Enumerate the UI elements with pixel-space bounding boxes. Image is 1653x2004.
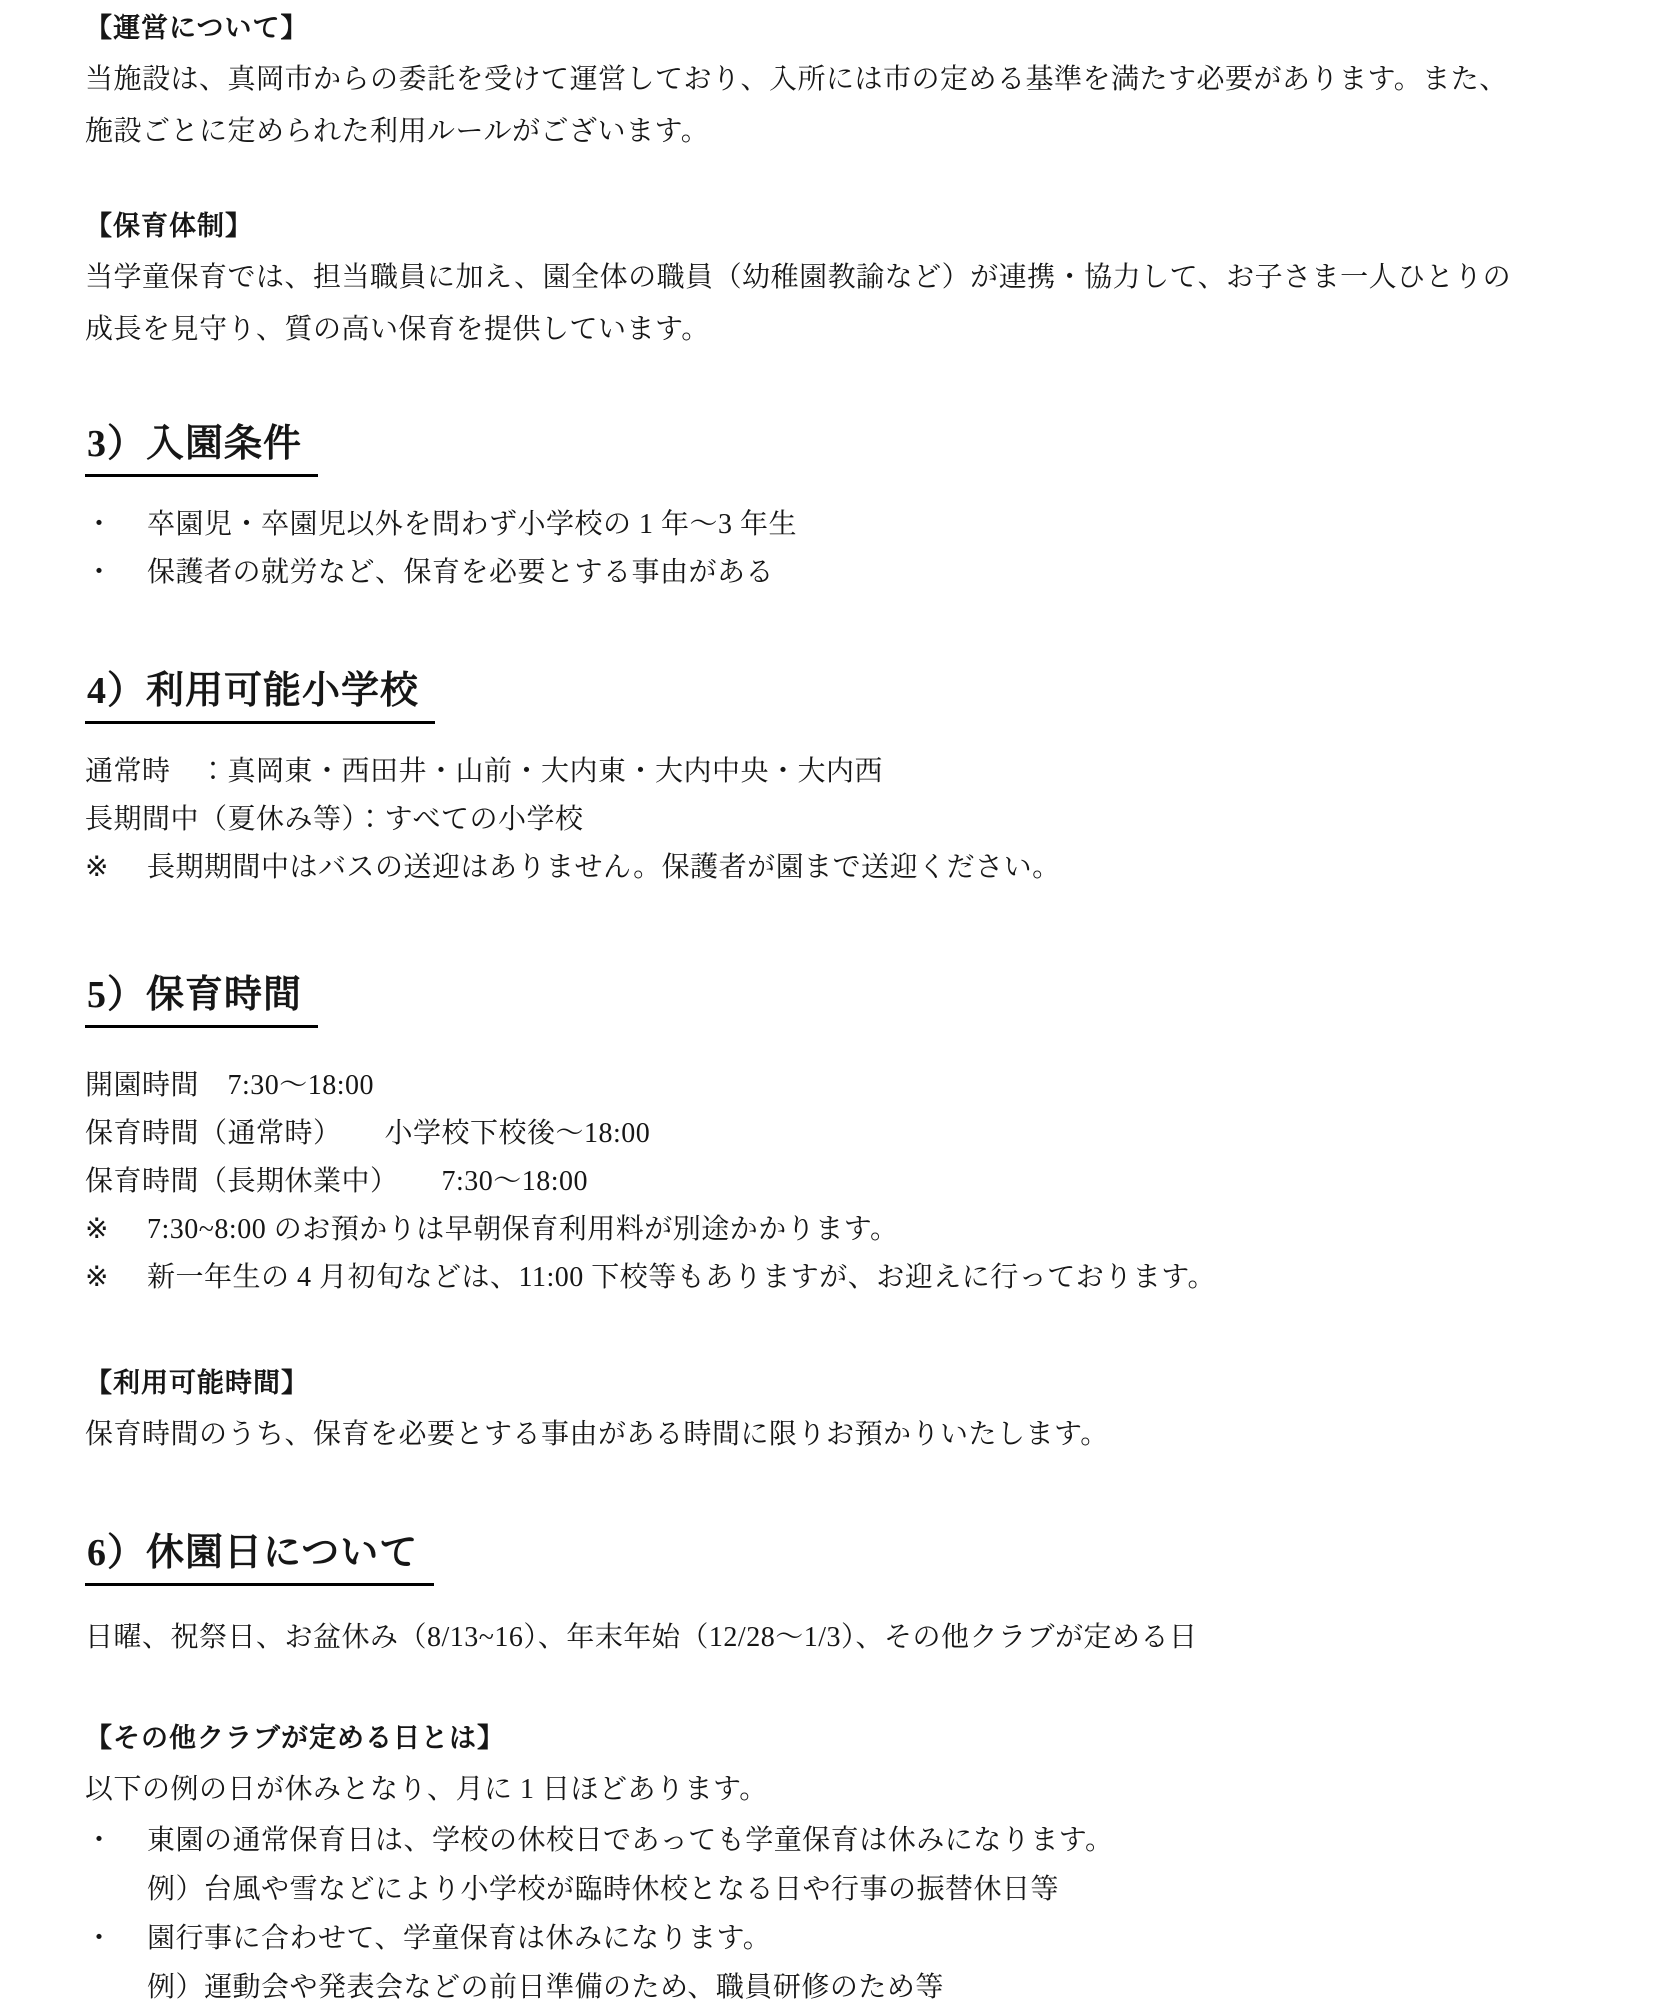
closed-day-example: 例）台風や雪などにより小学校が臨時休校となる日や行事の振替休日等 [85, 1865, 1553, 1914]
care-hours-lines: 開園時間 7:30～18:00 保育時間（通常時） 小学校下校後～18:00 保… [85, 1062, 1553, 1302]
care-system-paragraph: 当学童保育では、担当職員に加え、園全体の職員（幼稚園教諭など）が連携・協力して、… [85, 252, 1553, 356]
closed-days-paragraph: 日曜、祝祭日、お盆休み（8/13~16）、年末年始（12/28～1/3）、その他… [85, 1612, 1553, 1664]
available-time-label: 【利用可能時間】 [85, 1357, 1553, 1409]
hours-normal-text: 保育時間（通常時） 小学校下校後～18:00 [85, 1110, 1553, 1158]
closed-day-item: ・ 東園の通常保育日は、学校の休校日であっても学童保育は休みになります。 [85, 1816, 1553, 1865]
closed-day-item: ・ 園行事に合わせて、学童保育は休みになります。 [85, 1914, 1553, 1963]
bullet-marker: ・ [85, 549, 147, 597]
list-item: ・ 卒園児・卒園児以外を問わず小学校の 1 年～3 年生 [85, 501, 1553, 549]
ops-section-label: 【運営について】 [85, 2, 1553, 54]
closed-day-examples-list: ・ 東園の通常保育日は、学校の休校日であっても学童保育は休みになります。 例）台… [85, 1816, 1553, 2004]
list-item-text: 卒園児・卒園児以外を問わず小学校の 1 年～3 年生 [147, 501, 1553, 549]
ops-paragraph: 当施設は、真岡市からの委託を受けて運営しており、入所には市の定める基準を満たす必… [85, 54, 1553, 158]
note-marker: ※ [85, 844, 147, 892]
bus-note-text: 長期期間中はバスの送迎はありません。保護者が園まで送迎ください。 [147, 844, 1553, 892]
open-hours-line: 開園時間 7:30～18:00 [85, 1062, 1553, 1110]
list-item: ・ 保護者の就労など、保育を必要とする事由がある [85, 549, 1553, 597]
early-fee-note-line: ※ 7:30~8:00 のお預かりは早朝保育利用料が別途かかります。 [85, 1206, 1553, 1254]
section-3-title: 3）入園条件 [85, 416, 1553, 477]
note-marker: ※ [85, 1254, 147, 1302]
schools-longbreak-text: 長期間中（夏休み等）：すべての小学校 [85, 796, 1553, 844]
section-5-title-text: 5）保育時間 [85, 967, 318, 1028]
section-5-title: 5）保育時間 [85, 967, 1553, 1028]
closed-day-example-text: 例）運動会や発表会などの前日準備のため、職員研修のため等 [147, 1963, 1553, 2004]
schools-normal-line: 通常時 ：真岡東・西田井・山前・大内東・大内中央・大内西 [85, 748, 1553, 796]
early-fee-note-text: 7:30~8:00 のお預かりは早朝保育利用料が別途かかります。 [147, 1206, 1553, 1254]
bus-note-line: ※ 長期期間中はバスの送迎はありません。保護者が園まで送迎ください。 [85, 844, 1553, 892]
document-page: 【運営について】 当施設は、真岡市からの委託を受けて運営しており、入所には市の定… [0, 0, 1653, 2004]
first-grader-note-line: ※ 新一年生の 4 月初旬などは、11:00 下校等もありますが、お迎えに行って… [85, 1254, 1553, 1302]
closed-day-example: 例）運動会や発表会などの前日準備のため、職員研修のため等 [85, 1963, 1553, 2004]
schools-longbreak-line: 長期間中（夏休み等）：すべての小学校 [85, 796, 1553, 844]
available-schools-lines: 通常時 ：真岡東・西田井・山前・大内東・大内中央・大内西 長期間中（夏休み等）：… [85, 748, 1553, 892]
available-time-paragraph: 保育時間のうち、保育を必要とする事由がある時間に限りお預かりいたします。 [85, 1409, 1553, 1461]
section-6-title: 6）休園日について [85, 1525, 1553, 1586]
schools-normal-text: 通常時 ：真岡東・西田井・山前・大内東・大内中央・大内西 [85, 748, 1553, 796]
hours-normal-line: 保育時間（通常時） 小学校下校後～18:00 [85, 1110, 1553, 1158]
open-hours-text: 開園時間 7:30～18:00 [85, 1062, 1553, 1110]
section-4-title-text: 4）利用可能小学校 [85, 663, 435, 724]
hours-longbreak-line: 保育時間（長期休業中） 7:30～18:00 [85, 1158, 1553, 1206]
section-3-title-text: 3）入園条件 [85, 416, 318, 477]
bullet-marker: ・ [85, 501, 147, 549]
closed-day-item-text: 園行事に合わせて、学童保育は休みになります。 [147, 1914, 1553, 1963]
care-system-label: 【保育体制】 [85, 200, 1553, 252]
section-4-title: 4）利用可能小学校 [85, 663, 1553, 724]
list-item-text: 保護者の就労など、保育を必要とする事由がある [147, 549, 1553, 597]
section-6-title-text: 6）休園日について [85, 1525, 434, 1586]
bullet-marker: ・ [85, 1914, 147, 1963]
other-club-days-intro: 以下の例の日が休みとなり、月に 1 日ほどあります。 [85, 1764, 1553, 1816]
closed-day-item-text: 東園の通常保育日は、学校の休校日であっても学童保育は休みになります。 [147, 1816, 1553, 1865]
note-marker: ※ [85, 1206, 147, 1254]
other-club-days-label: 【その他クラブが定める日とは】 [85, 1712, 1553, 1764]
admission-conditions-list: ・ 卒園児・卒園児以外を問わず小学校の 1 年～3 年生 ・ 保護者の就労など、… [85, 501, 1553, 597]
hours-longbreak-text: 保育時間（長期休業中） 7:30～18:00 [85, 1158, 1553, 1206]
first-grader-note-text: 新一年生の 4 月初旬などは、11:00 下校等もありますが、お迎えに行っており… [147, 1254, 1553, 1302]
bullet-marker: ・ [85, 1816, 147, 1865]
closed-day-example-text: 例）台風や雪などにより小学校が臨時休校となる日や行事の振替休日等 [147, 1865, 1553, 1914]
